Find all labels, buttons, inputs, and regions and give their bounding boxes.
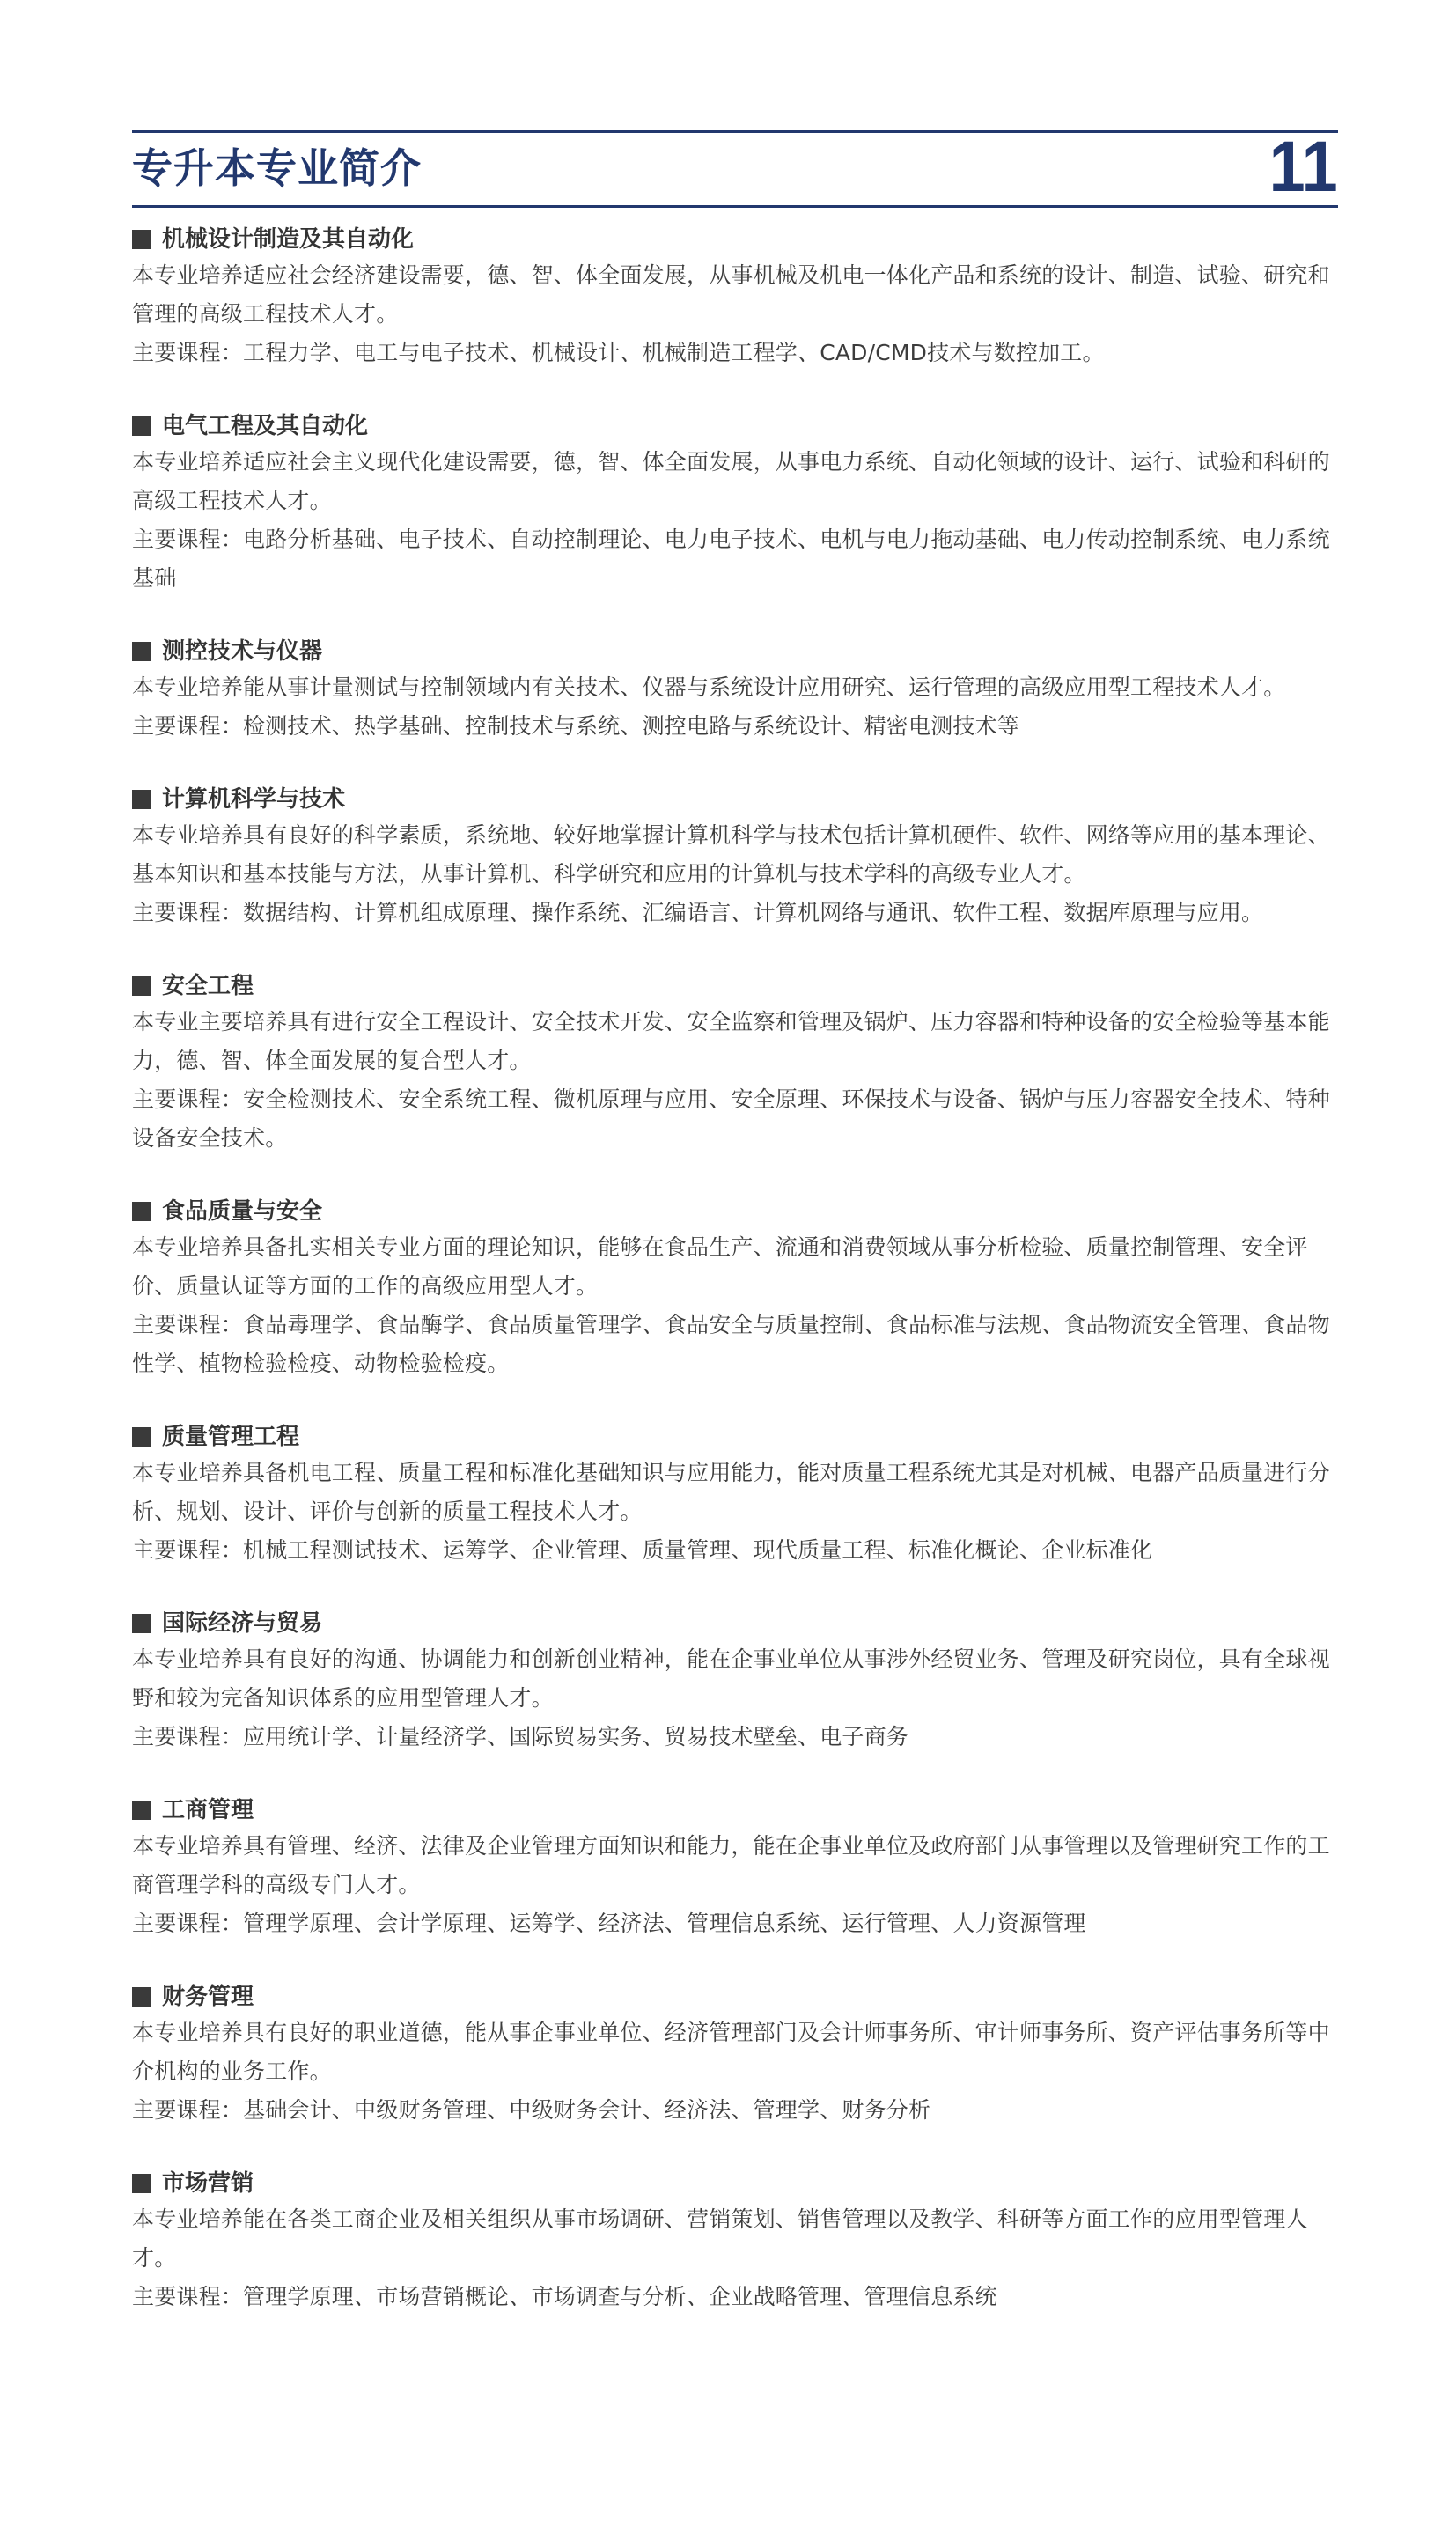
major-courses: 主要课程：食品毒理学、食品酶学、食品质量管理学、食品安全与质量控制、食品标准与法… [132,1306,1338,1383]
major-section: 市场营销 本专业培养能在各类工商企业及相关组织从事市场调研、营销策划、销售管理以… [132,2167,1338,2316]
square-bullet-icon [132,1614,151,1633]
square-bullet-icon [132,976,151,996]
square-bullet-icon [132,1202,151,1221]
major-title: 财务管理 [162,1980,254,2014]
major-courses: 主要课程：数据结构、计算机组成原理、操作系统、汇编语言、计算机网络与通讯、软件工… [132,894,1338,932]
major-section: 电气工程及其自动化 本专业培养适应社会主义现代化建设需要，德，智、体全面发展，从… [132,409,1338,598]
major-courses: 主要课程：应用统计学、计量经济学、国际贸易实务、贸易技术壁垒、电子商务 [132,1718,1338,1756]
major-title: 市场营销 [162,2167,254,2200]
major-title: 工商管理 [162,1793,254,1827]
major-courses: 主要课程：安全检测技术、安全系统工程、微机原理与应用、安全原理、环保技术与设备、… [132,1080,1338,1158]
square-bullet-icon [132,790,151,809]
square-bullet-icon [132,642,151,661]
major-courses: 主要课程：基础会计、中级财务管理、中级财务会计、经济法、管理学、财务分析 [132,2091,1338,2130]
major-courses: 主要课程：机械工程测试技术、运筹学、企业管理、质量管理、现代质量工程、标准化概论… [132,1531,1338,1570]
major-courses: 主要课程：电路分析基础、电子技术、自动控制理论、电力电子技术、电机与电力拖动基础… [132,520,1338,598]
major-description: 本专业培养具有良好的职业道德，能从事企事业单位、经济管理部门及会计师事务所、审计… [132,2014,1338,2091]
major-section: 质量管理工程 本专业培养具备机电工程、质量工程和标准化基础知识与应用能力，能对质… [132,1420,1338,1570]
major-list: 机械设计制造及其自动化 本专业培养适应社会经济建设需要，德、智、体全面发展，从事… [132,223,1338,2353]
page-header: 专升本专业简介 11 [132,130,1338,208]
major-description: 本专业主要培养具有进行安全工程设计、安全技术开发、安全监察和管理及锅炉、压力容器… [132,1003,1338,1080]
major-title: 电气工程及其自动化 [162,409,368,443]
major-description: 本专业培养能从事计量测试与控制领域内有关技术、仪器与系统设计应用研究、运行管理的… [132,668,1338,707]
square-bullet-icon [132,1987,151,2007]
major-title: 食品质量与安全 [162,1195,322,1228]
major-title: 安全工程 [162,969,254,1003]
major-title: 质量管理工程 [162,1420,299,1454]
major-courses: 主要课程：管理学原理、会计学原理、运筹学、经济法、管理信息系统、运行管理、人力资… [132,1904,1338,1943]
major-description: 本专业培养具备扎实相关专业方面的理论知识，能够在食品生产、流通和消费领域从事分析… [132,1228,1338,1306]
major-description: 本专业培养适应社会主义现代化建设需要，德，智、体全面发展，从事电力系统、自动化领… [132,443,1338,520]
major-section: 财务管理 本专业培养具有良好的职业道德，能从事企事业单位、经济管理部门及会计师事… [132,1980,1338,2130]
major-description: 本专业培养能在各类工商企业及相关组织从事市场调研、营销策划、销售管理以及教学、科… [132,2200,1338,2278]
page-title: 专升本专业简介 [132,140,422,196]
major-description: 本专业培养适应社会经济建设需要，德、智、体全面发展，从事机械及机电一体化产品和系… [132,256,1338,334]
major-section: 工商管理 本专业培养具有管理、经济、法律及企业管理方面知识和能力，能在企事业单位… [132,1793,1338,1943]
major-section: 测控技术与仪器 本专业培养能从事计量测试与控制领域内有关技术、仪器与系统设计应用… [132,635,1338,746]
major-description: 本专业培养具有管理、经济、法律及企业管理方面知识和能力，能在企事业单位及政府部门… [132,1827,1338,1904]
major-description: 本专业培养具备机电工程、质量工程和标准化基础知识与应用能力，能对质量工程系统尤其… [132,1454,1338,1531]
square-bullet-icon [132,230,151,249]
major-courses: 主要课程：管理学原理、市场营销概论、市场调查与分析、企业战略管理、管理信息系统 [132,2278,1338,2316]
major-description: 本专业培养具有良好的科学素质，系统地、较好地掌握计算机科学与技术包括计算机硬件、… [132,816,1338,894]
major-section: 计算机科学与技术 本专业培养具有良好的科学素质，系统地、较好地掌握计算机科学与技… [132,783,1338,932]
major-courses: 主要课程：工程力学、电工与电子技术、机械设计、机械制造工程学、CAD/CMD技术… [132,334,1338,372]
major-description: 本专业培养具有良好的沟通、协调能力和创新创业精神，能在企事业单位从事涉外经贸业务… [132,1640,1338,1718]
major-section: 食品质量与安全 本专业培养具备扎实相关专业方面的理论知识，能够在食品生产、流通和… [132,1195,1338,1383]
major-title: 国际经济与贸易 [162,1607,322,1640]
major-section: 安全工程 本专业主要培养具有进行安全工程设计、安全技术开发、安全监察和管理及锅炉… [132,969,1338,1158]
page-number: 11 [1269,129,1338,205]
square-bullet-icon [132,1801,151,1820]
major-courses: 主要课程：检测技术、热学基础、控制技术与系统、测控电路与系统设计、精密电测技术等 [132,707,1338,746]
major-section: 国际经济与贸易 本专业培养具有良好的沟通、协调能力和创新创业精神，能在企事业单位… [132,1607,1338,1756]
major-title: 机械设计制造及其自动化 [162,223,414,256]
major-section: 机械设计制造及其自动化 本专业培养适应社会经济建设需要，德、智、体全面发展，从事… [132,223,1338,372]
major-title: 测控技术与仪器 [162,635,322,668]
square-bullet-icon [132,1427,151,1447]
square-bullet-icon [132,2174,151,2193]
major-title: 计算机科学与技术 [162,783,345,816]
square-bullet-icon [132,416,151,436]
